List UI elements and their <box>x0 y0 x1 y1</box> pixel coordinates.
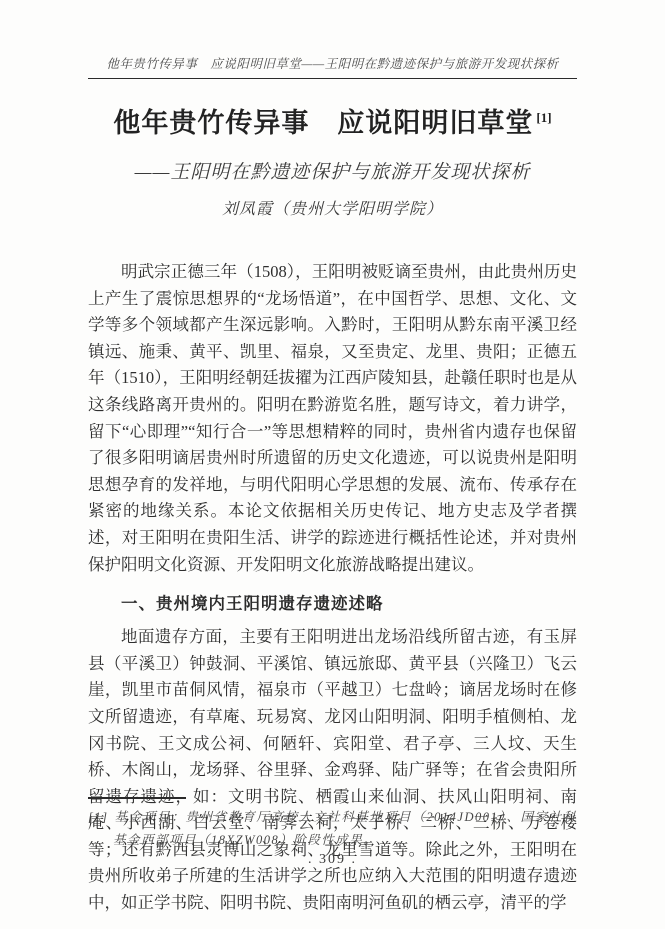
header-rule <box>88 78 577 79</box>
article-title: 他年贵竹传异事 应说阳明旧草堂[1] <box>88 101 577 140</box>
paragraph-section-one: 地面遗存方面，主要有王阳明进出龙场沿线所留古迹，有玉屏县（平溪卫）钟鼓洞、平溪馆… <box>88 624 577 917</box>
page-number: . 309 . <box>0 852 665 868</box>
article-title-text: 他年贵竹传异事 应说阳明旧草堂 <box>113 108 533 138</box>
document-page: 他年贵竹传异事 应说阳明旧草堂——王阳明在黔遗迹保护与旅游开发现状探析 他年贵竹… <box>0 0 665 929</box>
title-footnote-ref: [1] <box>536 110 551 125</box>
page-content: 他年贵竹传异事 应说阳明旧草堂——王阳明在黔遗迹保护与旅游开发现状探析 他年贵竹… <box>88 0 577 917</box>
section-heading: 一、贵州境内王阳明遗存遗迹述略 <box>88 590 577 614</box>
footnote-rule <box>88 797 186 799</box>
footnote: [1]基金项目：贵州省教育厅高校人文社科基地项目（2014JD001）、国家社科… <box>88 806 577 852</box>
author-line: 刘凤霞（贵州大学阳明学院） <box>88 196 577 219</box>
article-subtitle: ——王阳明在黔遗迹保护与旅游开发现状探析 <box>88 157 577 184</box>
footnote-block: [1]基金项目：贵州省教育厅高校人文社科基地项目（2014JD001）、国家社科… <box>88 797 577 852</box>
footnote-text: 基金项目：贵州省教育厅高校人文社科基地项目（2014JD001）、国家社科基金西… <box>113 810 577 847</box>
footnote-marker: [1] <box>88 810 108 824</box>
paragraph-intro: 明武宗正德三年（1508），王阳明被贬谪至贵州，由此贵州历史上产生了震惊思想界的… <box>88 259 577 578</box>
running-head: 他年贵竹传异事 应说阳明旧草堂——王阳明在黔遗迹保护与旅游开发现状探析 <box>88 54 577 72</box>
